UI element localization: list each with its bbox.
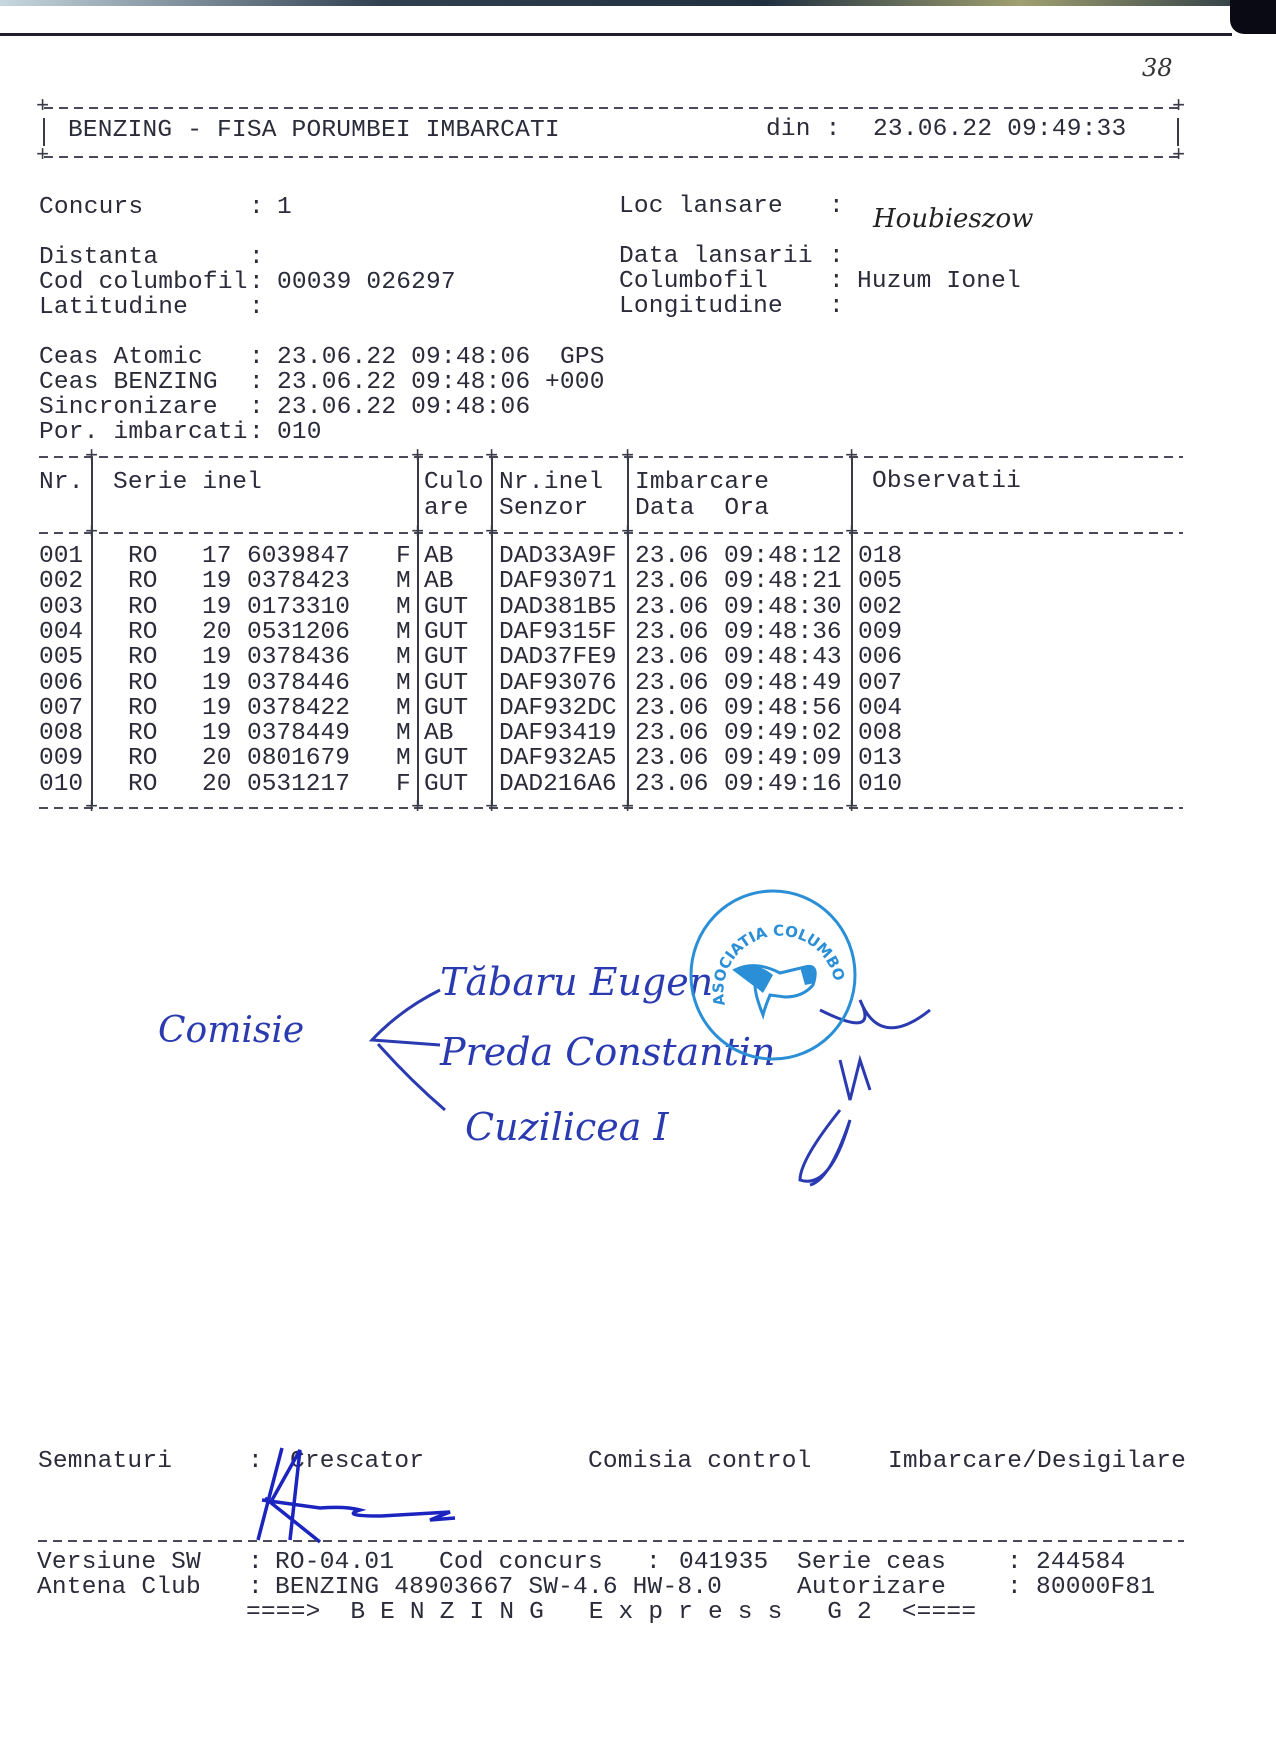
antena-club-label: Antena Club: [37, 1575, 201, 1601]
serie-ceas-value: 244584: [1036, 1550, 1125, 1576]
colon: :: [248, 1550, 263, 1576]
versiune-sw-label: Versiune SW: [37, 1550, 201, 1576]
benzing-express-banner: ====> B E N Z I N G E x p r e s s G 2 <=…: [246, 1600, 976, 1626]
footer-border: [38, 1540, 1184, 1542]
versiune-sw-value: RO-04.01: [275, 1550, 394, 1576]
autorizare-label: Autorizare: [797, 1575, 946, 1601]
colon: :: [1007, 1550, 1022, 1576]
serie-ceas-label: Serie ceas: [797, 1550, 946, 1576]
colon: :: [248, 1575, 263, 1601]
antena-club-value: BENZING 48903667 SW-4.6 HW-8.0: [275, 1575, 722, 1601]
breeder-signature-icon: [0, 0, 1276, 1754]
cod-concurs-value: 041935: [679, 1550, 768, 1576]
colon: :: [1007, 1575, 1022, 1601]
autorizare-value: 80000F81: [1036, 1575, 1155, 1601]
colon: :: [646, 1550, 661, 1576]
cod-concurs-label: Cod concurs: [439, 1550, 603, 1576]
